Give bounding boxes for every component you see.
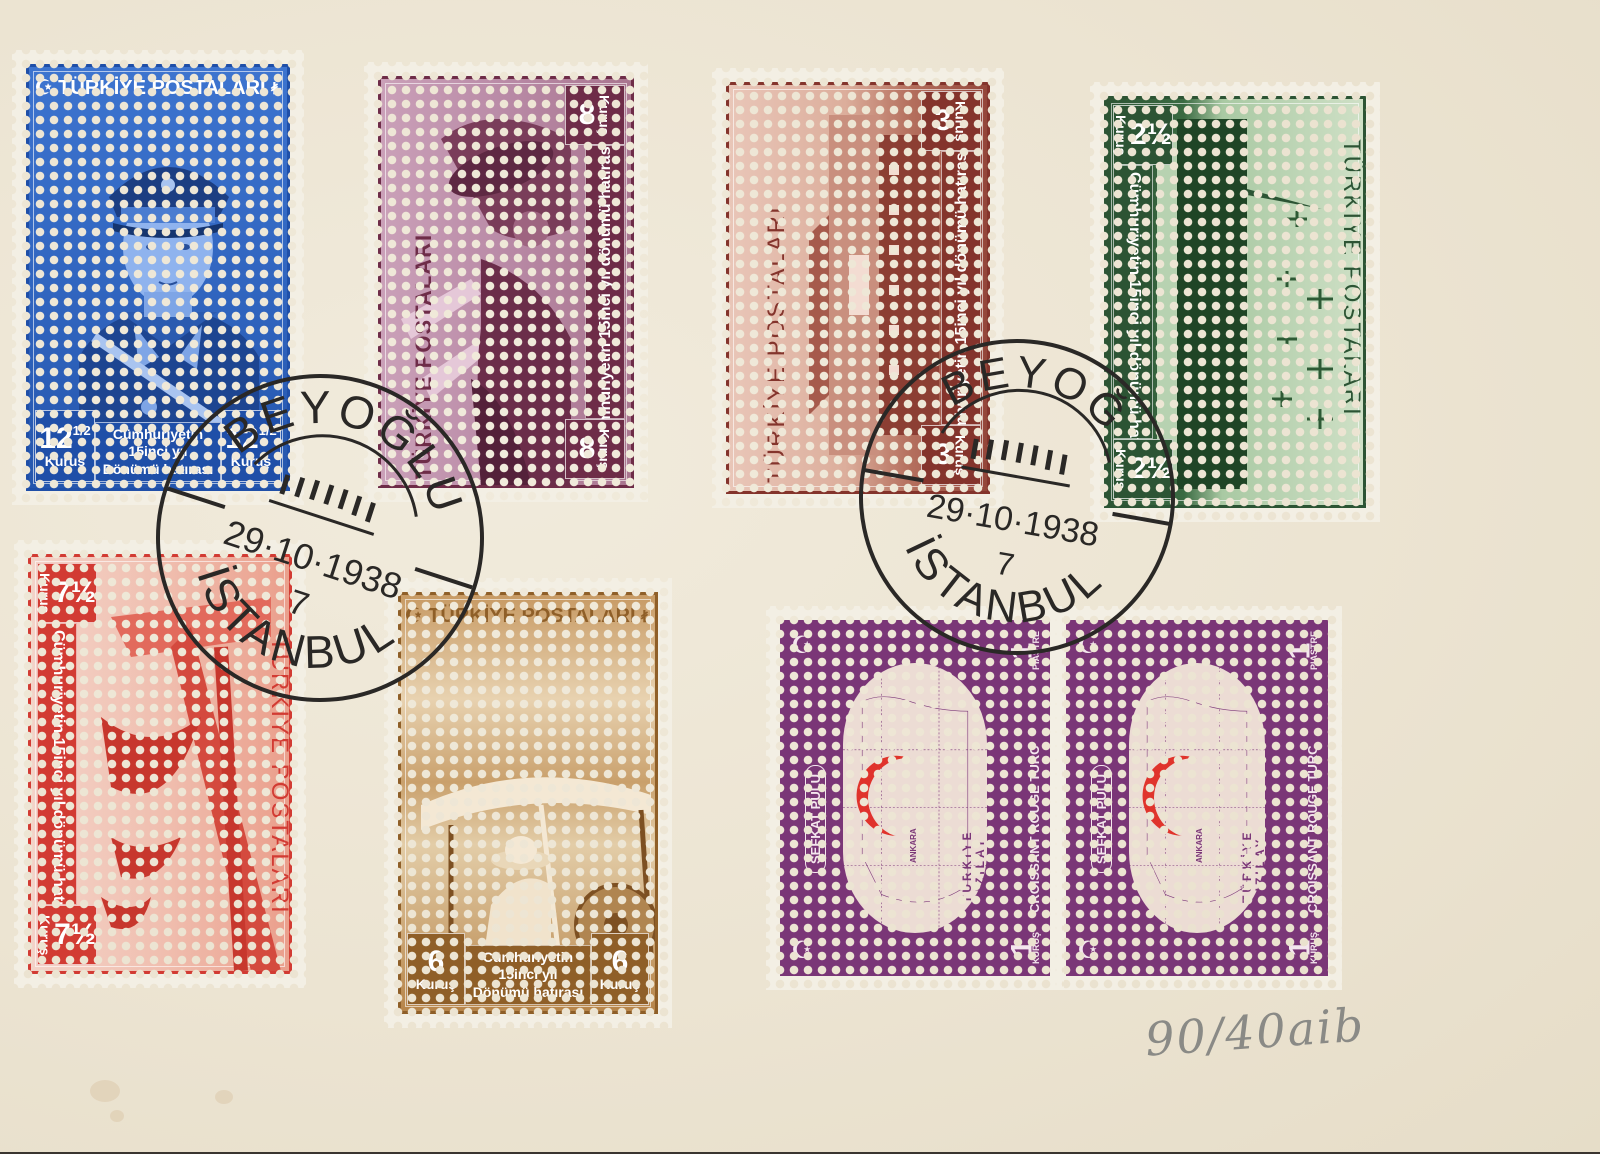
stain bbox=[90, 1080, 120, 1102]
caption-line-2: Dönümü hatırası bbox=[466, 984, 590, 1002]
value-bottom: 1 KURUŞ bbox=[1014, 931, 1041, 965]
caption-text: Cümhuriyetin 15inci yıl dönümü hatırası bbox=[48, 630, 68, 934]
society-line-3: CEMİYETİ bbox=[1267, 822, 1280, 903]
stamp-military-parade: TÜRKİYE POSTALARI Cümhuriyetin 15inci yı… bbox=[1090, 82, 1380, 522]
value-unit: Kuruş bbox=[45, 454, 85, 468]
value-top: Kuruş 2½ bbox=[1113, 105, 1173, 165]
value-left: 6 Kuruş bbox=[407, 933, 465, 1005]
value-bottom: Kuruş 7½ bbox=[37, 905, 97, 965]
value-unit: PIASTRE bbox=[1309, 631, 1319, 670]
value-number: 7½ bbox=[54, 578, 96, 608]
country-name: TÜRKİYE POSTALARI bbox=[265, 637, 292, 915]
value-unit: Kuruş bbox=[38, 915, 52, 955]
left-label: ŞEFKAT PULU bbox=[1091, 765, 1112, 873]
value-unit: KURUŞ bbox=[1309, 932, 1319, 964]
value-top: Kuruş 7½ bbox=[37, 563, 97, 623]
caption: Cümhuriyetin 15inci yıl dönümü hatırası bbox=[37, 623, 77, 905]
value-unit: Kuruş bbox=[231, 454, 271, 468]
value-number: 12 bbox=[39, 422, 72, 455]
caption-line-1: Cümhuriyetin 15inci yıl bbox=[466, 949, 590, 984]
society-name: TÜRKİYE KIZILAY CEMİYETİ bbox=[1241, 822, 1280, 903]
value-number: 12 bbox=[225, 422, 258, 455]
society-line-3: CEMİYETİ bbox=[987, 822, 1000, 903]
stamp-railway-bridge: TÜRKİYE POSTALARI Cümhuriyetin 15inci yı… bbox=[14, 540, 306, 988]
value-unit: Kuruş bbox=[416, 977, 456, 991]
ptt-emblem-icon: ₺ bbox=[641, 609, 651, 626]
value-fraction: 1/2 bbox=[73, 423, 91, 438]
crescent-star-icon: ☪ bbox=[791, 936, 813, 965]
value-left: 121/2 Kuruş bbox=[35, 410, 95, 482]
crescent-star-icon: ☪ bbox=[1077, 936, 1099, 965]
value-top: 1 PIASTRE bbox=[1014, 631, 1041, 670]
stamp-red-crescent-1: ANKARA TÜRKİYE KIZILAY CEMİYETİ ŞEFKAT P… bbox=[766, 606, 1064, 990]
crescent-star-icon: ☪ bbox=[35, 77, 53, 99]
value-unit: PIASTRE bbox=[1031, 631, 1041, 670]
country-name: TÜRKİYE POSTALARI bbox=[428, 605, 635, 627]
value-bottom: 8 Kuruş bbox=[565, 419, 625, 479]
stamp-factory-view: TÜRKİYE POSTALARI Cümhuriyetin 15inci yı… bbox=[712, 68, 1004, 508]
value-number: 7½ bbox=[54, 920, 96, 950]
caption: Cümhuriyetin 15inci yıl Dönümü hatırası bbox=[95, 422, 221, 482]
caption: Cümhuriyetin 15inci yıl dönümü hatırası bbox=[585, 145, 625, 419]
value-unit: Kuruş bbox=[1114, 115, 1128, 155]
value-number: 3 bbox=[935, 440, 952, 470]
value-fraction: 1/2 bbox=[259, 423, 277, 438]
caption-text: Cümhuriyetin 15inci yıl dönümü hatırası bbox=[952, 148, 972, 452]
value-unit: Kuruş bbox=[38, 573, 52, 613]
bridge-illustration bbox=[71, 557, 281, 971]
parade-illustration bbox=[1157, 99, 1357, 505]
right-label: CROISSANT ROUGE TURC bbox=[1027, 745, 1042, 913]
caption-line-1: Cümhuriyetin 15inci yıl bbox=[96, 426, 220, 461]
value-top: 8 Kuruş bbox=[565, 85, 625, 145]
value-number: 8 bbox=[579, 100, 596, 130]
caption-text: Cümhuriyetin 15inci yıl dönümü hatırası bbox=[1124, 172, 1144, 476]
value-right: 121/2 Kuruş bbox=[221, 410, 281, 482]
stain bbox=[110, 1110, 124, 1122]
value-number: 2½ bbox=[1130, 454, 1172, 484]
stain bbox=[215, 1090, 233, 1104]
left-label: ŞEFKAT PULU bbox=[805, 765, 826, 873]
value-unit: Kuruş bbox=[1114, 449, 1128, 489]
value-unit: Kuruş bbox=[597, 429, 611, 469]
country-name: TÜRKİYE POSTALARI bbox=[411, 234, 437, 479]
value-unit: Kuruş bbox=[597, 95, 611, 135]
map-label: ANKARA bbox=[1195, 828, 1204, 863]
stamp-ataturk-harvester: ☪ TÜRKİYE POSTALARI ₺ 6 Kuruş Cümhuriyet… bbox=[384, 578, 672, 1028]
value-number: 2½ bbox=[1130, 120, 1172, 150]
portrait-illustration bbox=[39, 107, 290, 437]
value-unit: Kuruş bbox=[953, 101, 967, 141]
value-unit: Kuruş bbox=[600, 977, 640, 991]
map-panel: ANKARA TÜRKİYE KIZILAY CEMİYETİ bbox=[1129, 663, 1265, 933]
caption-line-2: Dönümü hatırası bbox=[96, 461, 220, 479]
value-number: 6 bbox=[428, 947, 445, 977]
crescent-star-icon: ☪ bbox=[1077, 631, 1099, 660]
stamp-ataturk-portrait: ☪ TÜRKİYE POSTALARI ₺ 121/2 Kuruş bbox=[12, 50, 304, 505]
value-bottom: 1 KURUŞ bbox=[1292, 931, 1319, 965]
value-unit: Kuruş bbox=[953, 435, 967, 475]
ptt-emblem-icon: ₺ bbox=[271, 81, 281, 98]
value-number: 6 bbox=[612, 947, 629, 977]
value-right: 6 Kuruş bbox=[591, 933, 649, 1005]
country-name: TÜRKİYE POSTALARI bbox=[1337, 139, 1365, 417]
map-panel: ANKARA TÜRKİYE KIZILAY CEMİYETİ bbox=[843, 663, 987, 933]
crescent-star-icon: ☪ bbox=[405, 605, 423, 627]
caption: Cümhuriyetin 15inci yıl dönümü hatırası bbox=[941, 151, 981, 425]
harvester-illustration bbox=[411, 635, 658, 975]
value-top: 1 PIASTRE bbox=[1292, 631, 1319, 670]
map-label: ANKARA bbox=[909, 828, 918, 863]
stamp-scouts-bugle: TÜRKİYE POSTALARI Cümhuriyetin 15inci yı… bbox=[364, 62, 648, 502]
society-name: TÜRKİYE KIZILAY CEMİYETİ bbox=[961, 822, 1000, 903]
caption: Cümhuriyetin 15inci yıl dönümü hatırası bbox=[1113, 165, 1153, 439]
country-name: TÜRKİYE POSTALARI bbox=[58, 77, 265, 99]
value-number: 3 bbox=[935, 106, 952, 136]
value-number: 8 bbox=[579, 434, 596, 464]
crescent-star-icon: ☪ bbox=[791, 631, 813, 660]
stamp-red-crescent-2: ANKARA TÜRKİYE KIZILAY CEMİYETİ ŞEFKAT P… bbox=[1052, 606, 1342, 990]
country-name: TÜRKİYE POSTALARI bbox=[763, 205, 791, 483]
value-bottom: Kuruş 2½ bbox=[1113, 439, 1173, 499]
right-label: CROISSANT ROUGE TURC bbox=[1305, 745, 1320, 913]
value-top: 3 Kuruş bbox=[921, 91, 981, 151]
value-unit: KURUŞ bbox=[1031, 932, 1041, 964]
caption-text: Cümhuriyetin 15inci yıl dönümü hatırası bbox=[596, 142, 616, 446]
caption: Cümhuriyetin 15inci yıl Dönümü hatırası bbox=[465, 945, 591, 1005]
value-bottom: 3 Kuruş bbox=[921, 425, 981, 485]
